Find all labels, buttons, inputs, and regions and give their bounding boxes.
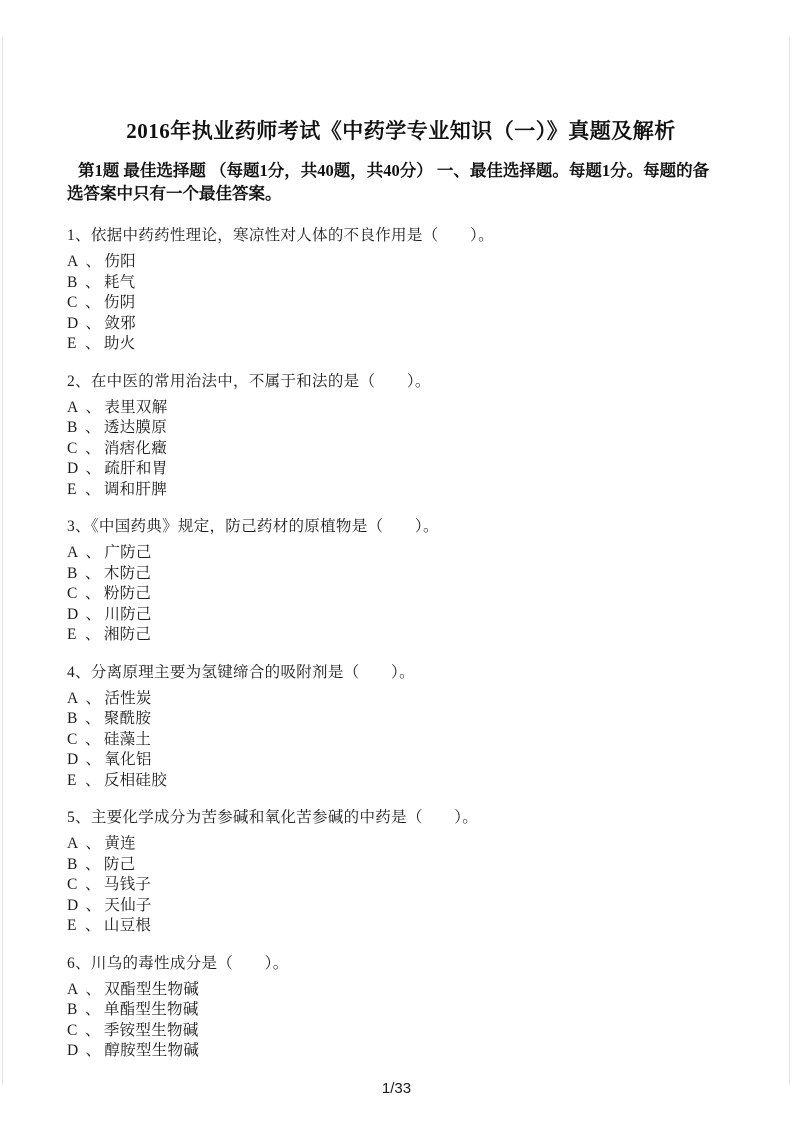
option-text: 广防己	[104, 544, 151, 561]
option-separator: 、	[85, 293, 101, 314]
option-separator: 、	[85, 334, 101, 355]
option-row: C、消痞化癥	[67, 439, 735, 460]
option-row: C、粉防己	[67, 584, 735, 605]
option-label: A	[67, 980, 79, 1001]
option-row: C、季铵型生物碱	[67, 1021, 735, 1042]
option-text: 醇胺型生物碱	[104, 1042, 199, 1059]
option-label: D	[67, 1041, 79, 1062]
option-separator: 、	[86, 459, 102, 480]
option-list: A、双酯型生物碱B、单酯型生物碱C、季铵型生物碱D、醇胺型生物碱	[67, 980, 735, 1062]
question-block: 6、川乌的毒性成分是（ ）。A、双酯型生物碱B、单酯型生物碱C、季铵型生物碱D、…	[67, 953, 735, 1062]
option-separator: 、	[85, 584, 101, 605]
option-list: A、黄连B、防己C、马钱子D、天仙子E、山豆根	[67, 834, 735, 937]
option-text: 氧化铝	[104, 751, 151, 768]
option-separator: 、	[86, 252, 102, 273]
option-label: D	[67, 459, 79, 480]
option-label: B	[67, 855, 78, 876]
option-row: D、敛邪	[67, 314, 735, 335]
option-text: 伤阳	[104, 253, 136, 270]
option-label: A	[67, 834, 79, 855]
option-row: E、助火	[67, 334, 735, 355]
option-list: A、表里双解B、透达膜原C、消痞化癥D、疏肝和胃E、调和肝脾	[67, 398, 735, 501]
option-row: B、聚酰胺	[67, 709, 735, 730]
option-label: E	[67, 334, 78, 355]
option-separator: 、	[85, 1000, 101, 1021]
option-label: A	[67, 252, 79, 273]
option-label: E	[67, 916, 78, 937]
option-row: D、天仙子	[67, 896, 735, 917]
option-text: 聚酰胺	[104, 710, 151, 727]
option-row: D、川防己	[67, 605, 735, 626]
option-row: C、伤阴	[67, 293, 735, 314]
option-label: B	[67, 273, 78, 294]
option-text: 粉防己	[104, 585, 151, 602]
option-text: 单酯型生物碱	[104, 1001, 199, 1018]
option-row: A、双酯型生物碱	[67, 980, 735, 1001]
page-title: 2016年执业药师考试《中药学专业知识（一）》真题及解析	[67, 116, 735, 146]
option-label: D	[67, 896, 79, 917]
option-separator: 、	[85, 480, 101, 501]
option-row: A、黄连	[67, 834, 735, 855]
option-text: 活性炭	[104, 690, 151, 707]
option-separator: 、	[86, 605, 102, 626]
question-text: 5、主要化学成分为苦参碱和氧化苦参碱的中药是（ ）。	[67, 807, 735, 829]
option-label: A	[67, 689, 79, 710]
question-block: 2、在中医的常用治法中，不属于和法的是（ ）。A、表里双解B、透达膜原C、消痞化…	[67, 371, 735, 501]
question-block: 3、《中国药典》规定，防己药材的原植物是（ ）。A、广防己B、木防己C、粉防己D…	[67, 516, 735, 646]
option-text: 反相硅胶	[104, 772, 167, 789]
option-row: A、广防己	[67, 543, 735, 564]
option-text: 调和肝脾	[104, 481, 167, 498]
option-row: B、耗气	[67, 273, 735, 294]
option-row: C、硅藻土	[67, 730, 735, 751]
option-label: E	[67, 771, 78, 792]
question-text: 3、《中国药典》规定，防己药材的原植物是（ ）。	[67, 516, 735, 538]
option-label: D	[67, 605, 79, 626]
question-block: 4、分离原理主要为氢键缔合的吸附剂是（ ）。A、活性炭B、聚酰胺C、硅藻土D、氧…	[67, 662, 735, 792]
option-row: E、湘防己	[67, 625, 735, 646]
question-text: 4、分离原理主要为氢键缔合的吸附剂是（ ）。	[67, 662, 735, 684]
option-text: 伤阴	[104, 294, 136, 311]
option-label: B	[67, 1000, 78, 1021]
option-separator: 、	[86, 980, 102, 1001]
question-text: 2、在中医的常用治法中，不属于和法的是（ ）。	[67, 371, 735, 393]
option-row: B、透达膜原	[67, 418, 735, 439]
option-label: C	[67, 584, 78, 605]
question-text: 6、川乌的毒性成分是（ ）。	[67, 953, 735, 975]
option-list: A、广防己B、木防己C、粉防己D、川防己E、湘防己	[67, 543, 735, 646]
option-separator: 、	[85, 730, 101, 751]
option-text: 疏肝和胃	[104, 460, 167, 477]
option-separator: 、	[86, 543, 102, 564]
option-separator: 、	[86, 750, 102, 771]
option-row: A、表里双解	[67, 398, 735, 419]
option-separator: 、	[85, 439, 101, 460]
option-label: C	[67, 439, 78, 460]
option-text: 防己	[104, 856, 136, 873]
option-separator: 、	[86, 689, 102, 710]
option-separator: 、	[86, 834, 102, 855]
option-row: E、反相硅胶	[67, 771, 735, 792]
question-list: 1、依据中药药性理论，寒凉性对人体的不良作用是（ ）。A、伤阳B、耗气C、伤阴D…	[67, 225, 735, 1062]
option-text: 透达膜原	[104, 419, 167, 436]
option-label: B	[67, 564, 78, 585]
option-text: 川防己	[104, 606, 151, 623]
option-label: A	[67, 543, 79, 564]
option-label: B	[67, 709, 78, 730]
option-list: A、伤阳B、耗气C、伤阴D、敛邪E、助火	[67, 252, 735, 355]
option-label: C	[67, 730, 78, 751]
option-row: E、调和肝脾	[67, 480, 735, 501]
question-block: 5、主要化学成分为苦参碱和氧化苦参碱的中药是（ ）。A、黄连B、防己C、马钱子D…	[67, 807, 735, 937]
option-row: B、防己	[67, 855, 735, 876]
option-label: C	[67, 1021, 78, 1042]
option-separator: 、	[85, 855, 101, 876]
option-separator: 、	[86, 398, 102, 419]
option-row: D、醇胺型生物碱	[67, 1041, 735, 1062]
option-row: B、单酯型生物碱	[67, 1000, 735, 1021]
option-label: B	[67, 418, 78, 439]
option-text: 敛邪	[104, 315, 136, 332]
option-row: A、活性炭	[67, 689, 735, 710]
option-text: 双酯型生物碱	[104, 981, 199, 998]
option-text: 黄连	[104, 835, 136, 852]
option-separator: 、	[86, 1041, 102, 1062]
option-text: 消痞化癥	[104, 440, 167, 457]
option-label: D	[67, 314, 79, 335]
option-row: B、木防己	[67, 564, 735, 585]
option-separator: 、	[85, 709, 101, 730]
option-text: 助火	[104, 335, 136, 352]
option-row: C、马钱子	[67, 875, 735, 896]
option-text: 季铵型生物碱	[104, 1022, 199, 1039]
question-text: 1、依据中药药性理论，寒凉性对人体的不良作用是（ ）。	[67, 225, 735, 247]
option-text: 湘防己	[104, 626, 151, 643]
option-text: 表里双解	[104, 399, 167, 416]
option-separator: 、	[85, 564, 101, 585]
option-text: 耗气	[104, 274, 136, 291]
option-row: A、伤阳	[67, 252, 735, 273]
option-label: E	[67, 625, 78, 646]
option-label: D	[67, 750, 79, 771]
option-separator: 、	[86, 314, 102, 335]
option-row: D、疏肝和胃	[67, 459, 735, 480]
option-text: 木防己	[104, 565, 151, 582]
option-separator: 、	[86, 896, 102, 917]
option-label: E	[67, 480, 78, 501]
option-label: C	[67, 293, 78, 314]
option-text: 山豆根	[104, 917, 151, 934]
option-text: 硅藻土	[104, 731, 151, 748]
option-text: 马钱子	[104, 876, 151, 893]
option-separator: 、	[85, 1021, 101, 1042]
page-number: 1/33	[0, 1080, 793, 1097]
option-separator: 、	[85, 418, 101, 439]
option-row: E、山豆根	[67, 916, 735, 937]
option-separator: 、	[85, 916, 101, 937]
option-row: D、氧化铝	[67, 750, 735, 771]
option-text: 天仙子	[104, 897, 151, 914]
option-label: A	[67, 398, 79, 419]
exam-intro: 第1题 最佳选择题 （每题1分，共40题，共40分） 一、最佳选择题。每题1分。…	[67, 159, 715, 205]
option-separator: 、	[85, 625, 101, 646]
option-label: C	[67, 875, 78, 896]
document-page: 2016年执业药师考试《中药学专业知识（一）》真题及解析 第1题 最佳选择题 （…	[67, 0, 735, 1062]
option-list: A、活性炭B、聚酰胺C、硅藻土D、氧化铝E、反相硅胶	[67, 689, 735, 792]
option-separator: 、	[85, 771, 101, 792]
option-separator: 、	[85, 875, 101, 896]
option-separator: 、	[85, 273, 101, 294]
question-block: 1、依据中药药性理论，寒凉性对人体的不良作用是（ ）。A、伤阳B、耗气C、伤阴D…	[67, 225, 735, 355]
